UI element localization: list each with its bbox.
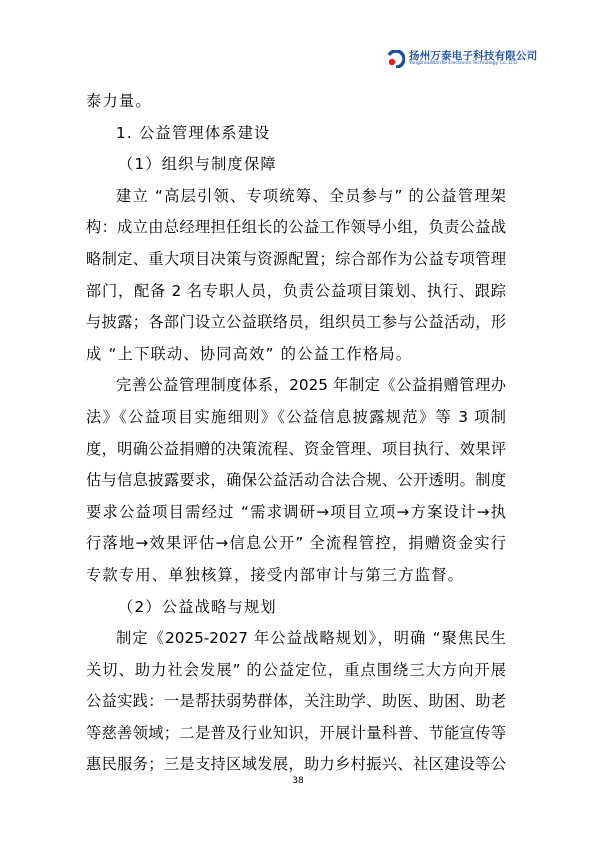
paragraph-line: 略制定、重大项目决策与资源配置；综合部作为公益专项管理 xyxy=(86,244,506,276)
paragraph-line: 法》《公益项目实施细则》《公益信息披露规范》等 3 项制 xyxy=(86,402,506,434)
subsection-heading: （2）公益战略与规划 xyxy=(86,592,506,624)
paragraph-line: 估与信息披露要求，确保公益活动合法合规、公开透明。制度 xyxy=(86,465,506,497)
paragraph-line: 构：成立由总经理担任组长的公益工作领导小组，负责公益战 xyxy=(86,212,506,244)
company-name-en: YangzhouWanTai Electronic Technology Co.… xyxy=(409,61,517,66)
paragraph-line: 度，明确公益捐赠的决策流程、资金管理、项目执行、效果评 xyxy=(86,434,506,466)
paragraph-line: 泰力量。 xyxy=(86,86,506,118)
paragraph-line: 制定《2025-2027 年公益战略规划》，明确 “聚焦民生 xyxy=(86,623,506,655)
paragraph-line: 完善公益管理制度体系，2025 年制定《公益捐赠管理办 xyxy=(86,370,506,402)
section-heading: 1. 公益管理体系建设 xyxy=(86,118,506,150)
paragraph-line: 要求公益项目需经过 “需求调研→项目立项→方案设计→执 xyxy=(86,497,506,529)
paragraph-line: 专款专用、单独核算，接受内部审计与第三方监督。 xyxy=(86,560,506,592)
paragraph-line: 公益实践：一是帮扶弱势群体，关注助学、助医、助困、助老 xyxy=(86,686,506,718)
paragraph-line: 建立 “高层引领、专项统筹、全员参与” 的公益管理架 xyxy=(86,181,506,213)
page-header: 扬州万泰电子科技有限公司 YangzhouWanTai Electronic T… xyxy=(387,48,587,72)
paragraph-line: 部门，配备 2 名专职人员，负责公益项目策划、执行、跟踪 xyxy=(86,276,506,308)
paragraph-line: 关切、助力社会发展” 的公益定位，重点围绕三大方向开展 xyxy=(86,655,506,687)
document-body: 泰力量。 1. 公益管理体系建设 （1）组织与制度保障 建立 “高层引领、专项统… xyxy=(86,86,506,781)
paragraph-line: 行落地→效果评估→信息公开” 全流程管控，捐赠资金实行 xyxy=(86,528,506,560)
subsection-heading: （1）组织与制度保障 xyxy=(86,149,506,181)
page-number: 38 xyxy=(0,776,596,786)
paragraph-line: 成 “上下联动、协同高效” 的公益工作格局。 xyxy=(86,339,506,371)
company-logo-icon xyxy=(387,50,405,68)
paragraph-line: 等慈善领域；二是普及行业知识，开展计量科普、节能宣传等 xyxy=(86,718,506,750)
paragraph-line: 与披露；各部门设立公益联络员，组织员工参与公益活动，形 xyxy=(86,307,506,339)
